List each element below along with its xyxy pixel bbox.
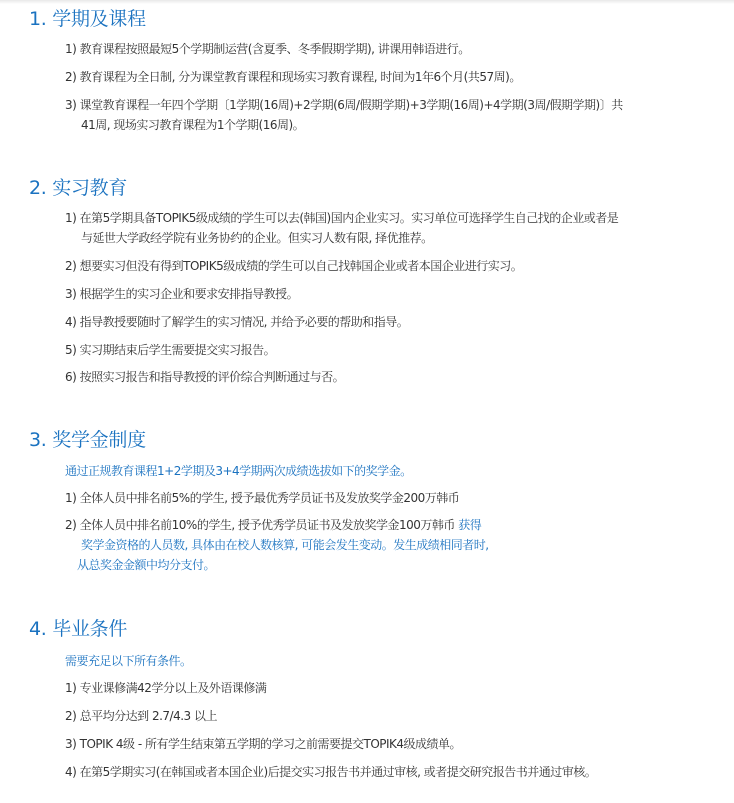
list-item: 3) 根据学生的实习企业和要求安排指导教授。 bbox=[65, 284, 715, 304]
section-title: 1. 学期及课程 bbox=[29, 4, 146, 31]
list-item: 1) 全体人员中排名前5%的学生, 授予最优秀学员证书及发放奖学金200万韩币 bbox=[65, 488, 715, 508]
list-item: 2) 教育课程为全日制, 分为课堂教育课程和现场实习教育课程, 时间为1年6个月… bbox=[65, 67, 715, 87]
scholarship-note: 从总奖金金额中均分支付。 bbox=[65, 555, 715, 575]
list-item: 3) 课堂教育课程一年四个学期〔1学期(16周)+2学期(6周/假期学期)+3学… bbox=[65, 95, 715, 135]
list-item: 6) 按照实习报告和指导教授的评价综合判断通过与否。 bbox=[65, 367, 715, 387]
scholarship-note: 获得 bbox=[458, 518, 481, 532]
list-item: 1) 在第5学期具备TOPIK5级成绩的学生可以去(韩国)国内企业实习。实习单位… bbox=[65, 208, 715, 248]
section-intro: 通过正规教育课程1+2学期及3+4学期两次成绩选拔如下的奖学金。 bbox=[65, 461, 412, 481]
list-item: 4) 在第5学期实习(在韩国或者本国企业)后提交实习报告书并通过审核, 或者提交… bbox=[65, 762, 715, 782]
list-item: 2) 想要实习但没有得到TOPIK5级成绩的学生可以自己找韩国企业或者本国企业进… bbox=[65, 256, 715, 276]
section-intro: 需要充足以下所有条件。 bbox=[65, 651, 192, 671]
list-item: 5) 实习期结束后学生需要提交实习报告。 bbox=[65, 340, 715, 360]
list-item: 1) 专业课修满42学分以上及外语课修满 bbox=[65, 678, 715, 698]
list-item: 4) 指导教授要随时了解学生的实习情况, 并给予必要的帮助和指导。 bbox=[65, 312, 715, 332]
section-title: 4. 毕业条件 bbox=[29, 614, 127, 641]
list-item: 1) 教育课程按照最短5个学期制运营(含夏季、冬季假期学期), 讲课用韩语进行。 bbox=[65, 39, 715, 59]
section-title: 2. 实习教育 bbox=[29, 173, 127, 200]
list-item: 2) 全体人员中排名前10%的学生, 授予优秀学员证书及发放奖学金100万韩币 … bbox=[65, 515, 715, 575]
list-item: 3) TOPIK 4级 - 所有学生结束第五学期的学习之前需要提交TOPIK4级… bbox=[65, 734, 715, 754]
scholarship-note: 奖学金资格的人员数, 具体由在校人数核算, 可能会发生变动。发生成绩相同者时, bbox=[65, 535, 715, 555]
section-title: 3. 奖学金制度 bbox=[29, 425, 146, 452]
list-item: 2) 总平均分达到 2.7/4.3 以上 bbox=[65, 706, 715, 726]
